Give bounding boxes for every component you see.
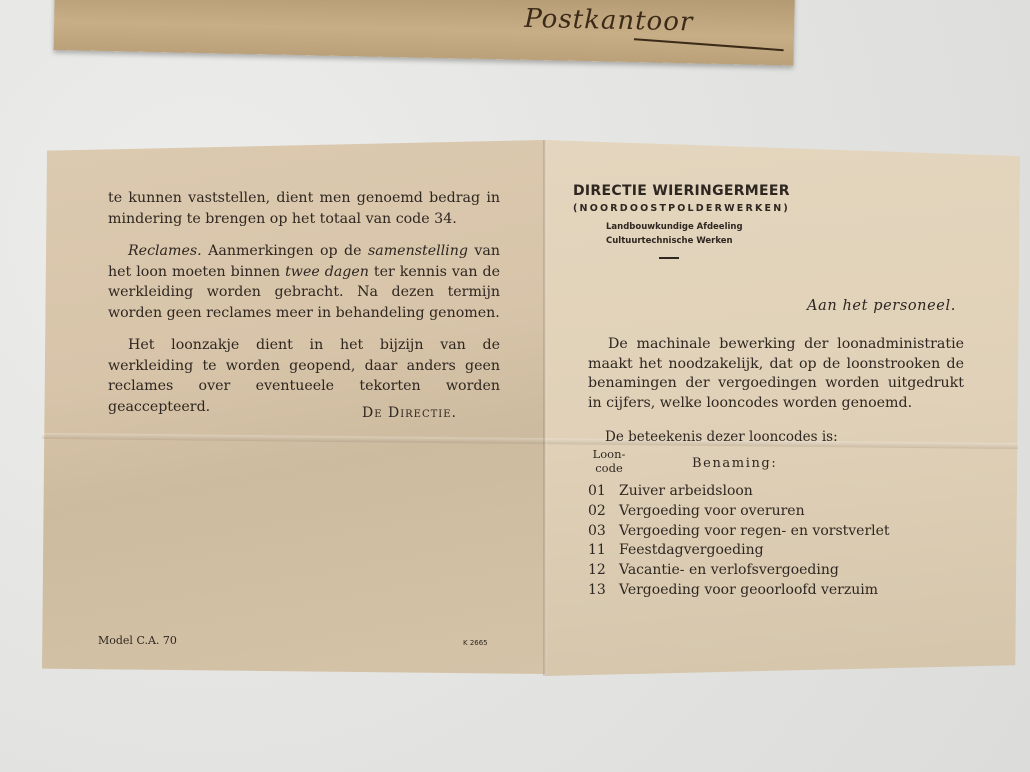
vertical-fold bbox=[543, 140, 547, 676]
print-code: K 2665 bbox=[463, 639, 488, 647]
reclames-lead: Reclames. bbox=[128, 243, 202, 259]
code-name: Zuiver arbeidsloon bbox=[619, 482, 753, 502]
code-name: Feestdagvergoeding bbox=[619, 541, 764, 561]
code-value: 01 bbox=[588, 482, 619, 502]
table-row: 01Zuiver arbeidsloon bbox=[588, 482, 890, 502]
table-row: 13Vergoeding voor geoorloofd verzuim bbox=[588, 581, 890, 601]
column-header-code-line2: code bbox=[588, 461, 630, 475]
envelope: Postkantoor bbox=[54, 0, 795, 65]
salutation: Aan het personeel. bbox=[807, 298, 956, 314]
header-rule bbox=[659, 257, 679, 259]
table-row: 03Vergoeding voor regen- en vorstverlet bbox=[588, 522, 890, 542]
handwritten-note: Postkantoor bbox=[524, 4, 694, 38]
code-value: 03 bbox=[588, 522, 619, 542]
reclames-text-1: Aanmerkingen op de bbox=[202, 243, 368, 259]
table-row: 11Feestdagvergoeding bbox=[588, 541, 890, 561]
handwritten-underline bbox=[634, 38, 784, 51]
column-header-code-line1: Loon- bbox=[588, 447, 630, 461]
code-value: 02 bbox=[588, 502, 619, 522]
paragraph-reclames: Reclames. Aanmerkingen op de samenstelli… bbox=[108, 241, 500, 323]
code-value: 12 bbox=[588, 561, 619, 581]
department-2: Cultuurtechnische Werken bbox=[606, 236, 733, 246]
code-name: Vergoeding voor geoorloofd verzuim bbox=[619, 581, 878, 601]
column-header-name: Benaming: bbox=[692, 456, 777, 471]
code-value: 13 bbox=[588, 581, 619, 601]
signature: De Directie. bbox=[362, 405, 457, 421]
code-name: Vergoeding voor overuren bbox=[619, 502, 805, 522]
left-body: te kunnen vaststellen, dient men genoemd… bbox=[108, 188, 500, 429]
model-number: Model C.A. 70 bbox=[98, 634, 177, 647]
column-header-code: Loon- code bbox=[588, 447, 630, 475]
right-body: De machinale bewerking der loonadministr… bbox=[588, 335, 964, 413]
table-row: 12Vacantie- en verlofsvergoeding bbox=[588, 561, 890, 581]
meaning-intro: De beteekenis dezer looncodes is: bbox=[605, 429, 838, 445]
code-value: 11 bbox=[588, 541, 619, 561]
reclames-emphasis-2: twee dagen bbox=[285, 264, 369, 280]
reclames-emphasis-1: samenstelling bbox=[368, 243, 468, 259]
table-row: 02Vergoeding voor overuren bbox=[588, 502, 890, 522]
code-name: Vergoeding voor regen- en vorstverlet bbox=[619, 522, 890, 542]
org-title: DIRECTIE WIERINGERMEER bbox=[573, 183, 790, 199]
payroll-notice-sheet: te kunnen vaststellen, dient men genoemd… bbox=[42, 140, 1018, 676]
code-name: Vacantie- en verlofsvergoeding bbox=[619, 561, 839, 581]
department-1: Landbouwkundige Afdeeling bbox=[606, 222, 743, 232]
org-subtitle: (NOORDOOSTPOLDERWERKEN) bbox=[573, 203, 790, 214]
paragraph-continuation: te kunnen vaststellen, dient men genoemd… bbox=[108, 188, 500, 229]
code-table: 01Zuiver arbeidsloon 02Vergoeding voor o… bbox=[588, 482, 890, 601]
